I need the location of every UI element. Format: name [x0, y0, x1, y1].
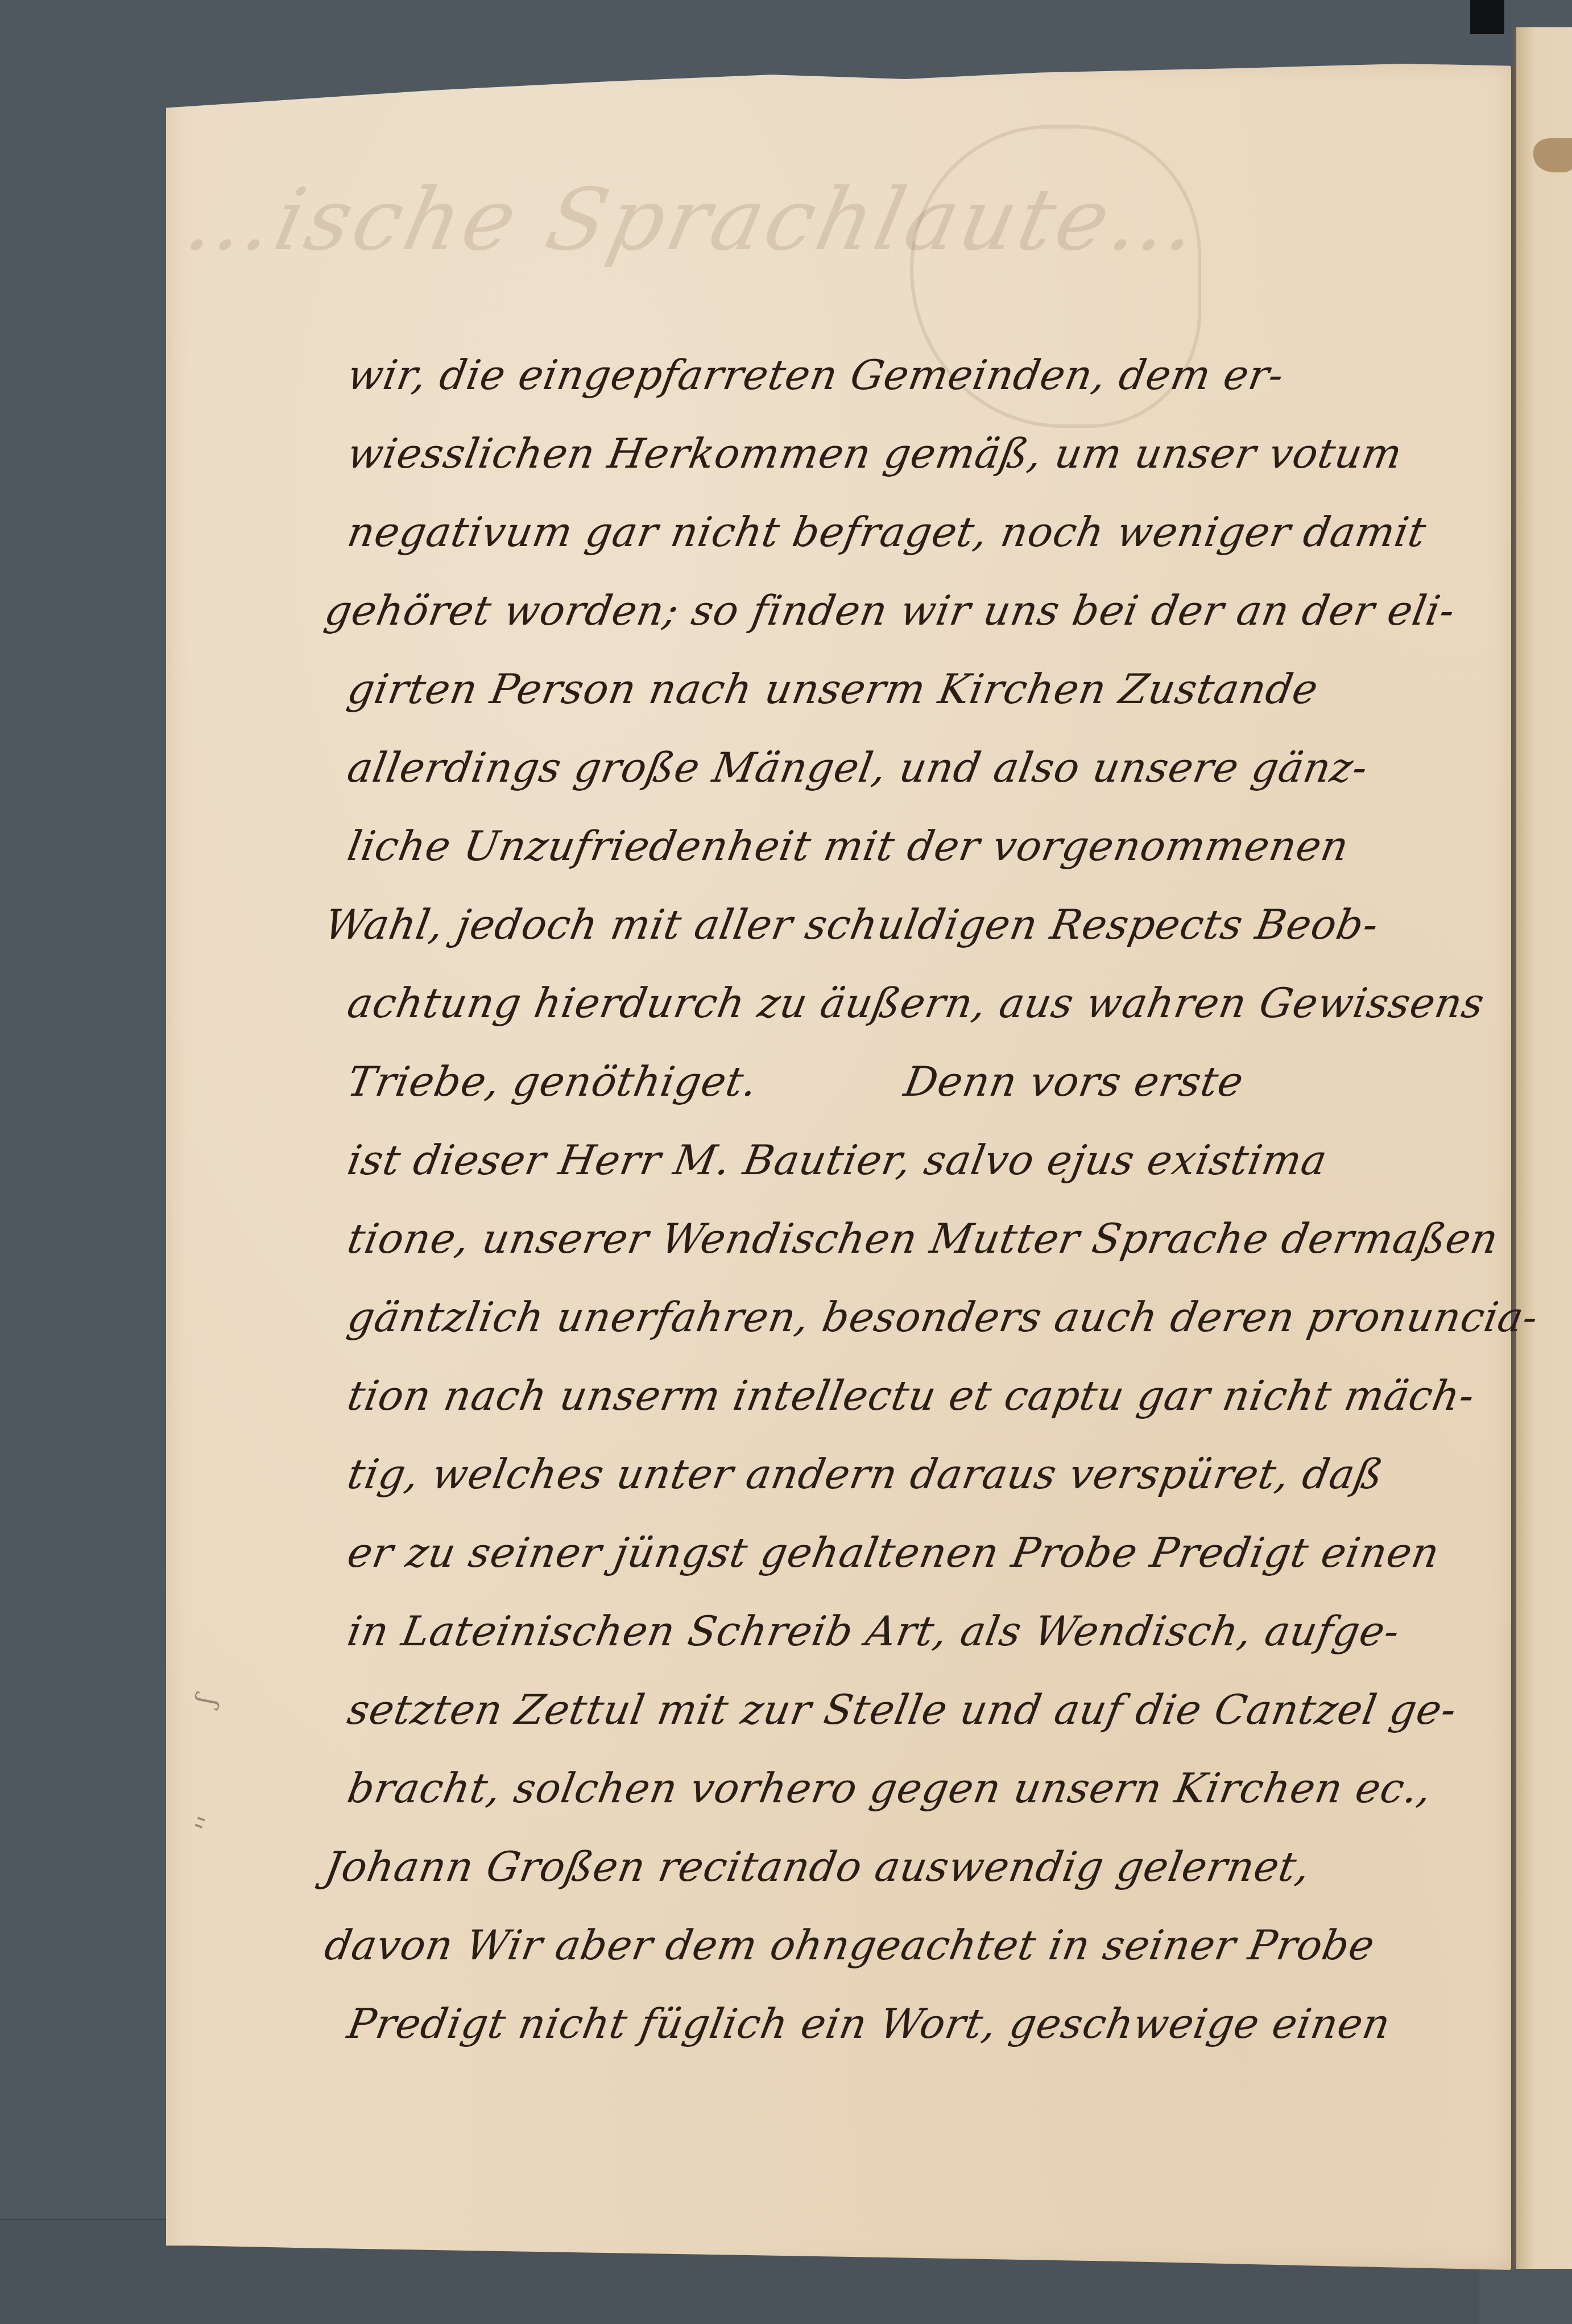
text-line: davon Wir aber dem ohngeachtet in seiner… [318, 1906, 1504, 1984]
paragraph-end: Triebe, genöthiget. [344, 1058, 762, 1105]
binding-gutter [1470, 0, 1504, 34]
text-line: Wahl, jedoch mit aller schuldigen Respec… [318, 885, 1504, 964]
text-line: gehöret worden; so finden wir uns bei de… [318, 571, 1504, 650]
text-line: setzten Zettul mit zur Stelle und auf di… [341, 1670, 1504, 1749]
text-line: tig, welches unter andern daraus verspür… [341, 1435, 1504, 1513]
text-line: in Lateinischen Schreib Art, als Wendisc… [341, 1592, 1504, 1670]
text-line: ist dieser Herr M. Bautier, salvo ejus e… [341, 1121, 1504, 1199]
text-line: achtung hierdurch zu äußern, aus wahren … [341, 964, 1504, 1042]
ink-stain [1533, 138, 1572, 172]
text-line: liche Unzufriedenheit mit der vorgenomme… [341, 807, 1504, 885]
manuscript-text: wir, die eingepfarreten Gemeinden, dem e… [341, 336, 1490, 2063]
text-line: Johann Großen recitando auswendig gelern… [318, 1827, 1504, 1906]
text-line: allerdings große Mängel, und also unsere… [341, 728, 1504, 807]
text-line: wir, die eingepfarreten Gemeinden, dem e… [341, 336, 1504, 414]
text-line: gäntzlich unerfahren, besonders auch der… [341, 1278, 1504, 1356]
adjacent-page-edge [1513, 27, 1572, 2269]
text-line: Predigt nicht füglich ein Wort, geschwei… [341, 1984, 1504, 2063]
paragraph-start: Denn vors erste [901, 1058, 1248, 1105]
text-line: bracht, solchen vorhero gegen unsern Kir… [341, 1749, 1504, 1827]
text-line: tion nach unserm intellectu et captu gar… [341, 1356, 1504, 1435]
text-line: er zu seiner jüngst gehaltenen Probe Pre… [341, 1513, 1504, 1592]
text-line: negativum gar nicht befraget, noch wenig… [341, 493, 1504, 571]
text-line: Triebe, genöthiget.Denn vors erste [341, 1042, 1504, 1121]
text-line: wiesslichen Herkommen gemäß, um unser vo… [341, 414, 1504, 493]
text-line: tione, unserer Wendischen Mutter Sprache… [341, 1199, 1504, 1278]
text-line: girten Person nach unserm Kirchen Zustan… [341, 650, 1504, 728]
